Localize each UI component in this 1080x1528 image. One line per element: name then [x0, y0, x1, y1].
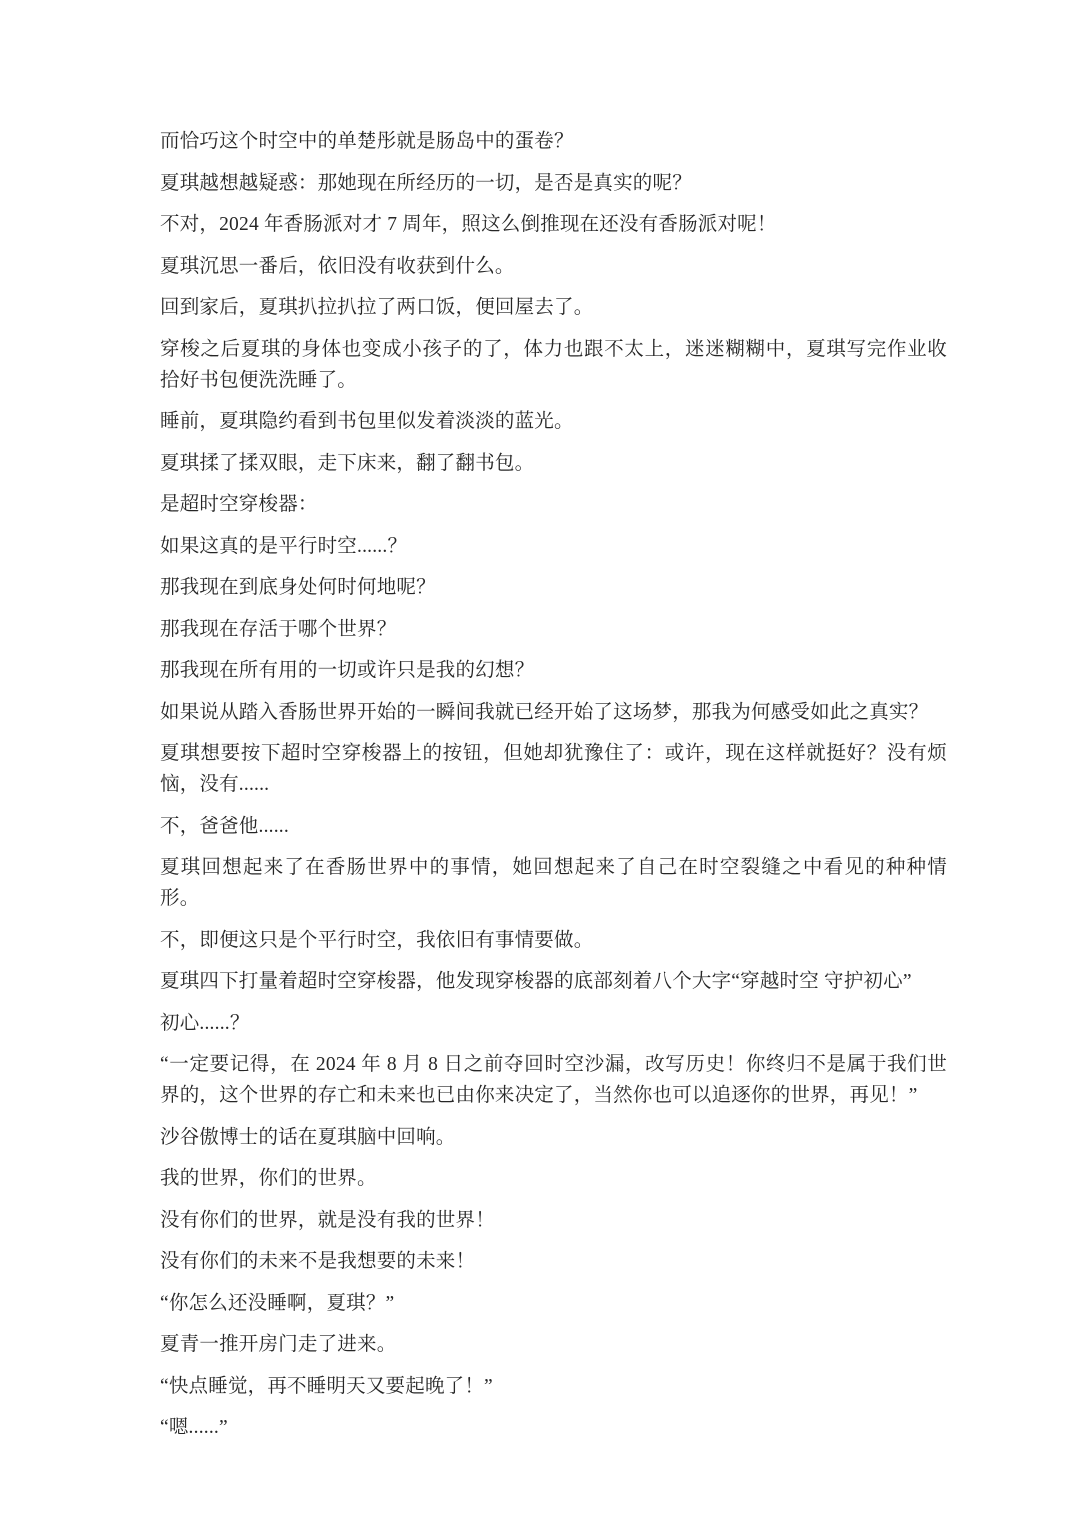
paragraph: “嗯......”: [160, 1412, 947, 1443]
paragraph: 没有你们的未来不是我想要的未来！: [160, 1246, 947, 1277]
paragraph: 那我现在到底身处何时何地呢？: [160, 572, 947, 603]
paragraph: 初心......？: [160, 1008, 947, 1039]
paragraph: “一定要记得，在 2024 年 8 月 8 日之前夺回时空沙漏，改写历史！你终归…: [160, 1049, 947, 1111]
paragraph: 不，爸爸他......: [160, 811, 947, 842]
document-page: 而恰巧这个时空中的单楚彤就是肠岛中的蛋卷？夏琪越想越疑惑：那她现在所经历的一切，…: [0, 0, 1080, 1528]
document-text-content: 而恰巧这个时空中的单楚彤就是肠岛中的蛋卷？夏琪越想越疑惑：那她现在所经历的一切，…: [160, 126, 947, 1454]
paragraph: 而恰巧这个时空中的单楚彤就是肠岛中的蛋卷？: [160, 126, 947, 157]
paragraph: 穿梭之后夏琪的身体也变成小孩子的了，体力也跟不太上，迷迷糊糊中，夏琪写完作业收拾…: [160, 334, 947, 396]
paragraph: 没有你们的世界，就是没有我的世界！: [160, 1205, 947, 1236]
paragraph: 夏琪沉思一番后，依旧没有收获到什么。: [160, 251, 947, 282]
paragraph: 睡前，夏琪隐约看到书包里似发着淡淡的蓝光。: [160, 406, 947, 437]
paragraph: 沙谷傲博士的话在夏琪脑中回响。: [160, 1122, 947, 1153]
paragraph: “你怎么还没睡啊，夏琪？”: [160, 1288, 947, 1319]
paragraph: 我的世界，你们的世界。: [160, 1163, 947, 1194]
paragraph: 夏青一推开房门走了进来。: [160, 1329, 947, 1360]
paragraph: 不对，2024 年香肠派对才 7 周年，照这么倒推现在还没有香肠派对呢！: [160, 209, 947, 240]
paragraph: 那我现在存活于哪个世界？: [160, 614, 947, 645]
paragraph: 不，即便这只是个平行时空，我依旧有事情要做。: [160, 925, 947, 956]
paragraph: 如果说从踏入香肠世界开始的一瞬间我就已经开始了这场梦，那我为何感受如此之真实？: [160, 697, 947, 728]
paragraph: 夏琪揉了揉双眼，走下床来，翻了翻书包。: [160, 448, 947, 479]
paragraph: 是超时空穿梭器：: [160, 489, 947, 520]
paragraph: 夏琪越想越疑惑：那她现在所经历的一切，是否是真实的呢？: [160, 168, 947, 199]
paragraph: 那我现在所有用的一切或许只是我的幻想？: [160, 655, 947, 686]
paragraph: 回到家后，夏琪扒拉扒拉了两口饭，便回屋去了。: [160, 292, 947, 323]
paragraph: 如果这真的是平行时空......？: [160, 531, 947, 562]
paragraph: 夏琪回想起来了在香肠世界中的事情，她回想起来了自己在时空裂缝之中看见的种种情形。: [160, 852, 947, 914]
paragraph: “快点睡觉，再不睡明天又要起晚了！”: [160, 1371, 947, 1402]
paragraph: 夏琪四下打量着超时空穿梭器，他发现穿梭器的底部刻着八个大字“穿越时空 守护初心”: [160, 966, 947, 997]
paragraph: 夏琪想要按下超时空穿梭器上的按钮，但她却犹豫住了：或许，现在这样就挺好？没有烦恼…: [160, 738, 947, 800]
